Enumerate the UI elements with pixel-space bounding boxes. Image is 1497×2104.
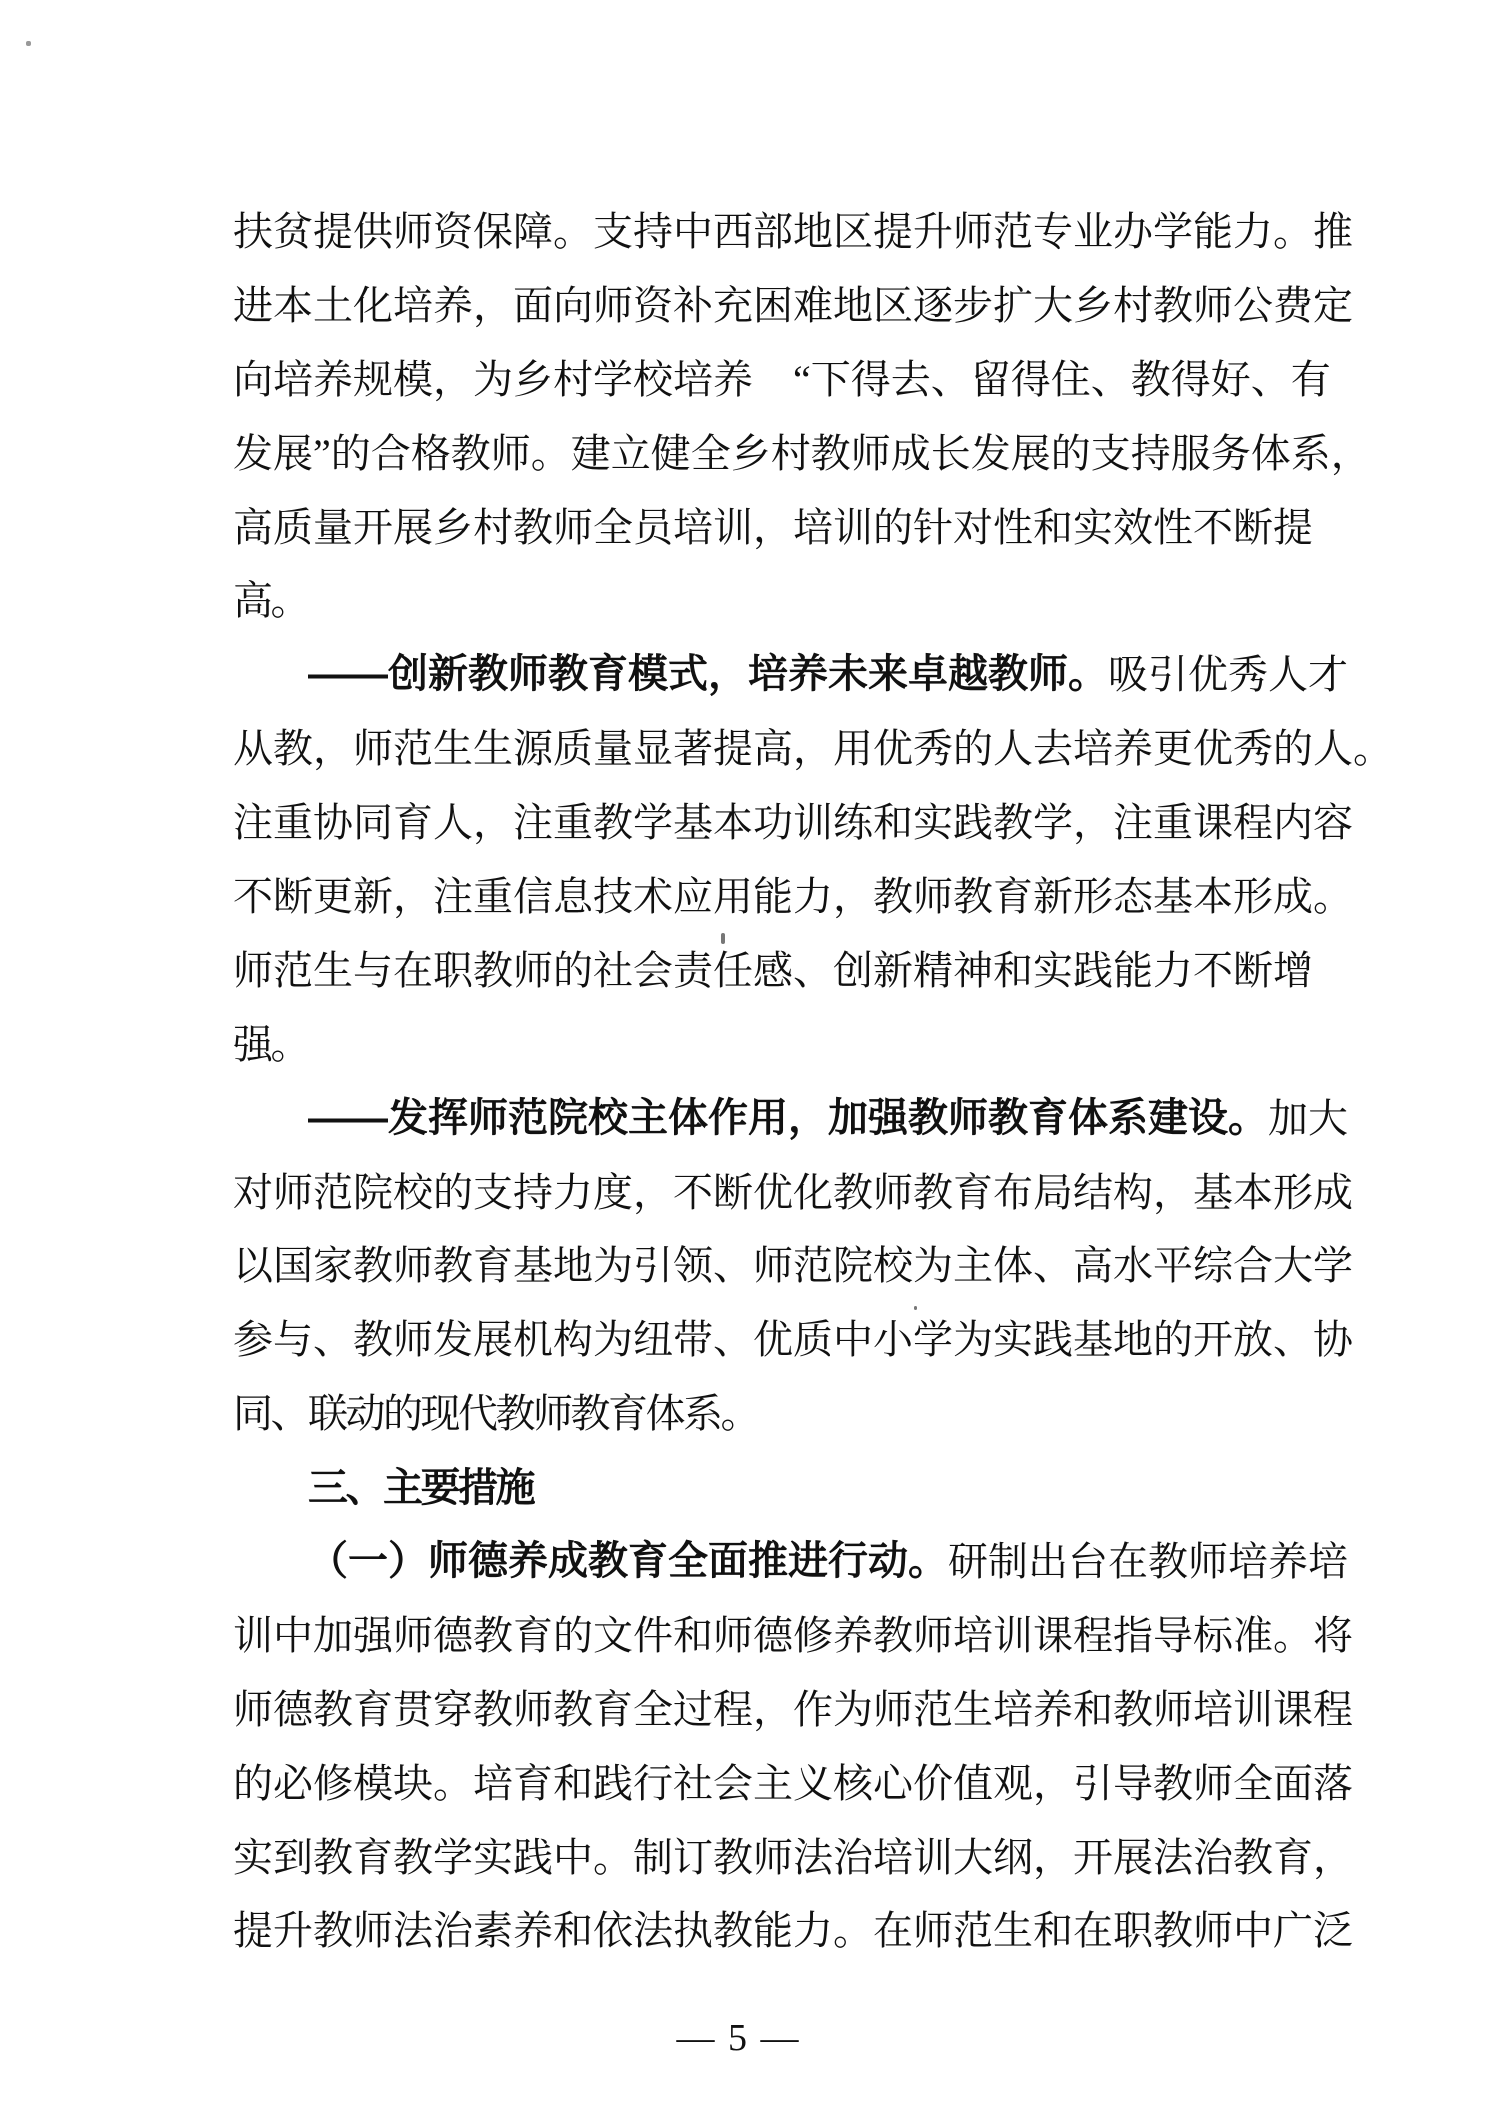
char: ， [313, 712, 353, 786]
char: 范 [913, 1673, 953, 1747]
char: 、 [1033, 1229, 1073, 1303]
char: 范 [953, 1894, 993, 1968]
char: 能 [1113, 934, 1153, 1008]
char: 术 [633, 860, 673, 934]
bold-char: 加 [828, 1082, 868, 1156]
char: 优 [1188, 638, 1228, 712]
char: 性 [993, 491, 1033, 565]
char: 平 [1153, 1229, 1193, 1303]
char: ， [793, 712, 833, 786]
char: ， [1313, 1821, 1353, 1895]
text-segment: 同、联动的现代教师教育体系。 [233, 1391, 758, 1436]
char: 持 [633, 195, 673, 269]
char: 程 [1313, 1673, 1353, 1747]
char: 培 [673, 343, 713, 417]
char: 优 [873, 712, 913, 786]
char: 师 [913, 1894, 953, 1968]
bold-char: 越 [948, 638, 988, 712]
char: 德 [753, 1599, 793, 1673]
char: 生 [473, 712, 513, 786]
char: 人 [1313, 712, 1353, 786]
char: 师 [1153, 1673, 1193, 1747]
char: 引 [633, 1229, 673, 1303]
char: 。 [833, 1894, 873, 1968]
char: 、 [1273, 1303, 1313, 1377]
char: 体 [1251, 417, 1291, 491]
char: 面 [1273, 1747, 1313, 1821]
bold-char: 面 [708, 1525, 748, 1599]
char: 长 [931, 417, 971, 491]
char: 资 [633, 269, 673, 343]
char: 。 [531, 417, 571, 491]
text-line: 提升教师法治素养和依法执教能力。在师范生和在职教师中广泛 [233, 1894, 1285, 1968]
char: 。 [1273, 195, 1313, 269]
char: 学 [1033, 786, 1073, 860]
char: 践 [1033, 1303, 1073, 1377]
text-line: 不断更新，注重信息技术应用能力，教师教育新形态基本形成。 [233, 860, 1285, 934]
char: 心 [873, 1747, 913, 1821]
char: 中 [673, 195, 713, 269]
document-page: 扶贫提供师资保障。支持中西部地区提升师范专业办学能力。推 进本土化培养，面向师资… [0, 0, 1497, 2104]
char: 必 [273, 1747, 313, 1821]
char: 实 [1033, 934, 1073, 1008]
char: 吸 [1108, 638, 1148, 712]
bold-char: 卓 [908, 638, 948, 712]
char: 核 [833, 1747, 873, 1821]
char: 信 [513, 860, 553, 934]
bold-char: 式 [668, 638, 708, 712]
char: 地 [1113, 1303, 1153, 1377]
char: 全 [1233, 1747, 1273, 1821]
char: 治 [833, 1821, 873, 1895]
char: 乡 [433, 491, 473, 565]
bold-char: 教 [468, 638, 508, 712]
char: 发 [433, 1303, 473, 1377]
char: 形 [1073, 860, 1113, 934]
char: 育 [353, 1673, 393, 1747]
char: 训 [913, 1821, 953, 1895]
char: 不 [673, 1156, 713, 1230]
char: 展 [273, 417, 313, 491]
char: 治 [1193, 1821, 1233, 1895]
char: 向 [233, 343, 273, 417]
char: 协 [313, 786, 353, 860]
char: 容 [1313, 786, 1353, 860]
char: 乡 [731, 417, 771, 491]
char: 主 [753, 1747, 793, 1821]
char: 师 [393, 195, 433, 269]
char: 的 [1153, 1303, 1193, 1377]
char: 订 [673, 1821, 713, 1895]
char: 师 [593, 269, 633, 343]
char: ， [1073, 786, 1113, 860]
char: 课 [1033, 1599, 1073, 1673]
char: 会 [713, 1747, 753, 1821]
char: 育 [513, 1599, 553, 1673]
char: 保 [473, 195, 513, 269]
char: 训 [1233, 1673, 1273, 1747]
char: 应 [673, 860, 713, 934]
char: 更 [313, 860, 353, 934]
char: 广 [1273, 1894, 1313, 1968]
char: 修 [313, 1747, 353, 1821]
char: 体 [993, 1229, 1033, 1303]
bold-char: ， [708, 638, 748, 712]
char: 开 [1193, 1303, 1233, 1377]
char: 培 [1073, 712, 1113, 786]
char: 教 [713, 1894, 753, 1968]
char: ， [473, 786, 513, 860]
char: 重 [473, 860, 513, 934]
char: 区 [873, 269, 913, 343]
char: 的 [553, 1599, 593, 1673]
char: 为 [913, 1229, 953, 1303]
char: 力 [553, 1156, 593, 1230]
char: 力 [1153, 934, 1193, 1008]
char: 显 [633, 712, 673, 786]
char: 能 [753, 860, 793, 934]
bold-char: 师 [428, 1525, 468, 1599]
char: 新 [873, 934, 913, 1008]
text-line: 师范生与在职教师的社会责任感、创新精神和实践能力不断增 [233, 934, 1285, 1008]
char: 大 [1033, 269, 1073, 343]
char: 成 [1273, 860, 1313, 934]
text-line: 注重协同育人，注重教学基本功训练和实践教学，注重课程内容 [233, 786, 1285, 860]
char: 用 [713, 860, 753, 934]
char: 补 [673, 269, 713, 343]
char: 源 [513, 712, 553, 786]
text-line: 从教，师范生生源质量显著提高，用优秀的人去培养更优秀的人。 [233, 712, 1285, 786]
char: 领 [673, 1229, 713, 1303]
char: ， [753, 491, 793, 565]
char: 断 [1233, 934, 1273, 1008]
char: 结 [1073, 1156, 1113, 1230]
char: 作 [793, 1673, 833, 1747]
char: 与 [353, 934, 393, 1008]
char: 师 [953, 195, 993, 269]
bold-char: 教 [988, 638, 1028, 712]
char: 养 [1268, 1525, 1308, 1599]
char: ， [753, 1673, 793, 1747]
char: 持 [513, 1156, 553, 1230]
bold-char: 全 [668, 1525, 708, 1599]
char: 公 [1233, 269, 1273, 343]
char: 针 [913, 491, 953, 565]
char: 范 [273, 934, 313, 1008]
char: 服 [1171, 417, 1211, 491]
bold-char: 养 [508, 1525, 548, 1599]
char: 升 [273, 1894, 313, 1968]
char: 培 [873, 1821, 913, 1895]
char: 范 [993, 195, 1033, 269]
char: 规 [353, 343, 393, 417]
char: ， [833, 860, 873, 934]
bold-char: 院 [548, 1082, 588, 1156]
char: 量 [313, 491, 353, 565]
char: 以 [233, 1229, 273, 1303]
char: 立 [611, 417, 651, 491]
char: 培 [793, 491, 833, 565]
char: 本 [1233, 1156, 1273, 1230]
char: 主 [953, 1229, 993, 1303]
char: 。 [1273, 1599, 1313, 1673]
char: 养 [433, 269, 473, 343]
char: 师 [851, 417, 891, 491]
char: 发 [971, 417, 1011, 491]
char: 为 [833, 1673, 873, 1747]
char: 支 [593, 195, 633, 269]
char: 持 [1131, 417, 1171, 491]
scan-artifact [26, 41, 31, 46]
char: 为 [953, 1303, 993, 1377]
char: 人 [993, 712, 1033, 786]
text-line: 对师范院校的支持力度，不断优化教师教育布局结构，基本形成 [233, 1156, 1285, 1230]
char: 职 [1113, 1894, 1153, 1968]
char: 带 [673, 1303, 713, 1377]
char: 业 [1073, 195, 1113, 269]
char: 秀 [913, 712, 953, 786]
char: 参 [233, 1303, 273, 1377]
char: 专 [1033, 195, 1073, 269]
char: 基 [1073, 1303, 1113, 1377]
bold-char: 模 [628, 638, 668, 712]
char: 障 [513, 195, 553, 269]
char: ， [1153, 1156, 1193, 1230]
char: 水 [1113, 1229, 1153, 1303]
char: 增 [1273, 934, 1313, 1008]
char: 形 [1273, 1156, 1313, 1230]
char: 教 [713, 1821, 753, 1895]
char: 更 [1153, 712, 1193, 786]
char: 在 [393, 934, 433, 1008]
char: 教 [833, 1156, 873, 1230]
char: 得 [1171, 343, 1211, 417]
char: 布 [993, 1156, 1033, 1230]
char: 下 [811, 343, 851, 417]
char: 在 [1108, 1525, 1148, 1599]
char: 为 [593, 1303, 633, 1377]
char: 全 [593, 491, 633, 565]
char: 大 [953, 1821, 993, 1895]
char: 和 [553, 1747, 593, 1821]
char: 和 [873, 786, 913, 860]
char [753, 343, 793, 417]
char: 和 [1073, 1673, 1113, 1747]
char: 质 [793, 1303, 833, 1377]
char: 力 [793, 860, 833, 934]
bold-char: 挥 [428, 1082, 468, 1156]
char: 秀 [1233, 712, 1273, 786]
char: 教 [313, 1673, 353, 1747]
char: 修 [793, 1599, 833, 1673]
char: 重 [553, 786, 593, 860]
bold-char: 师 [948, 1082, 988, 1156]
char: 块 [393, 1747, 433, 1821]
char: 将 [1313, 1599, 1353, 1673]
bold-char: 教 [588, 1525, 628, 1599]
char: 养 [1033, 1673, 1073, 1747]
char: 提 [713, 712, 753, 786]
char: 标 [1193, 1599, 1233, 1673]
char: 培 [1308, 1525, 1348, 1599]
char: 基 [1153, 860, 1193, 934]
char: 不 [233, 860, 273, 934]
char: 教 [473, 1599, 513, 1673]
char: 师 [713, 1599, 753, 1673]
char: 加 [1268, 1082, 1308, 1156]
char: 教 [1113, 1673, 1153, 1747]
char: 扶 [233, 195, 273, 269]
char: 效 [1113, 491, 1153, 565]
bold-char: 范 [508, 1082, 548, 1156]
char: 才 [1308, 638, 1348, 712]
char: ， [393, 860, 433, 934]
char: 台 [1068, 1525, 1108, 1599]
char: 法 [393, 1894, 433, 1968]
char: 步 [953, 269, 993, 343]
char: 开 [353, 491, 393, 565]
paragraph-lead-line: ——创新教师教育模式，培养未来卓越教师。吸引优秀人才 [233, 638, 1285, 712]
bold-char: 行 [828, 1525, 868, 1599]
char: 升 [913, 195, 953, 269]
char: 开 [1073, 1821, 1113, 1895]
char: 培 [393, 269, 433, 343]
char: 局 [1033, 1156, 1073, 1230]
char: 师 [273, 1156, 313, 1230]
bold-segment: 三、主要措施 [308, 1466, 533, 1510]
text-line: 参与、教师发展机构为纽带、优质中小学为实践基地的开放、协 [233, 1303, 1285, 1377]
char: 师 [1193, 269, 1233, 343]
char: 成 [891, 417, 931, 491]
char: 展 [393, 491, 433, 565]
char: 观 [993, 1747, 1033, 1821]
char: 放 [1233, 1303, 1273, 1377]
char: 息 [553, 860, 593, 934]
char: 发 [233, 417, 273, 491]
char: 践 [1073, 934, 1113, 1008]
char: 村 [1113, 269, 1153, 343]
char: 教 [553, 1673, 593, 1747]
char: 依 [593, 1894, 633, 1968]
bold-char: 师 [508, 638, 548, 712]
char: 提 [1273, 491, 1313, 565]
char: 合 [1233, 1229, 1273, 1303]
char: 。 [1353, 712, 1393, 786]
bold-char: 教 [988, 1082, 1028, 1156]
char: 学 [593, 343, 633, 417]
char: 培 [1228, 1525, 1268, 1599]
char: 的 [953, 712, 993, 786]
char: 与 [273, 1303, 313, 1377]
char: 断 [273, 860, 313, 934]
char: 教 [1131, 343, 1171, 417]
char: 训 [833, 491, 873, 565]
char: 师 [233, 934, 273, 1008]
body-text-block: 扶贫提供师资保障。支持中西部地区提升师范专业办学能力。推 进本土化培养，面向师资… [233, 195, 1285, 1968]
char: 的 [331, 417, 371, 491]
char: 教 [313, 1894, 353, 1968]
char: 部 [753, 195, 793, 269]
char: 件 [633, 1599, 673, 1673]
char: 教 [273, 712, 313, 786]
char: 提 [233, 1894, 273, 1968]
char: 养 [713, 343, 753, 417]
char: 创 [833, 934, 873, 1008]
char: 的 [553, 934, 593, 1008]
char: 。 [1313, 860, 1353, 934]
char: 全 [691, 417, 731, 491]
bold-char: 强 [868, 1082, 908, 1156]
char: 著 [673, 712, 713, 786]
char: 指 [1113, 1599, 1153, 1673]
char: 学 [433, 1821, 473, 1895]
char: 进 [233, 269, 273, 343]
char: 断 [713, 1156, 753, 1230]
char: 从 [233, 712, 273, 786]
char: 程 [1073, 1599, 1113, 1673]
text-line: 向培养规模，为乡村学校培养 “下得去、留得住、教得好、有 [233, 343, 1285, 417]
char: 质 [553, 712, 593, 786]
char: 感 [753, 934, 793, 1008]
char: 院 [833, 1229, 873, 1303]
char: 贫 [273, 195, 313, 269]
char: 教 [1153, 1894, 1193, 1968]
char: 为 [593, 1229, 633, 1303]
char: 练 [833, 786, 873, 860]
bold-char: （ [308, 1525, 348, 1599]
char: 、 [1091, 343, 1131, 417]
char: 好 [1211, 343, 1251, 417]
char: 的 [1273, 712, 1313, 786]
char: 课 [1273, 1673, 1313, 1747]
char: 教 [913, 1156, 953, 1230]
char: 实 [233, 1821, 273, 1895]
char: 院 [353, 1156, 393, 1230]
char: 法 [793, 1821, 833, 1895]
bold-char: 校 [588, 1082, 628, 1156]
char: 重 [1153, 786, 1193, 860]
char: 会 [633, 934, 673, 1008]
char: 形 [1233, 860, 1273, 934]
char: 构 [553, 1303, 593, 1377]
char: 土 [313, 269, 353, 343]
char: 训 [793, 786, 833, 860]
char: 引 [1073, 1747, 1113, 1821]
char: ” [313, 417, 331, 491]
char: 师 [393, 1599, 433, 1673]
bold-char: 来 [868, 638, 908, 712]
char: 培 [473, 1747, 513, 1821]
char: 师 [353, 712, 393, 786]
text-line: 高。 [233, 564, 1285, 638]
char: 生 [313, 934, 353, 1008]
char: 基 [1193, 1156, 1233, 1230]
char: 师 [353, 1894, 393, 1968]
char: 泛 [1313, 1894, 1353, 1968]
char: 系 [1291, 417, 1331, 491]
char: 大 [1273, 1229, 1313, 1303]
char: 教 [473, 1673, 513, 1747]
bold-char: 养 [788, 638, 828, 712]
char: 性 [1153, 491, 1193, 565]
char: 学 [1153, 195, 1193, 269]
char: 教 [353, 1303, 393, 1377]
char: 育 [393, 786, 433, 860]
char: 教 [1148, 1525, 1188, 1599]
char: 范 [393, 712, 433, 786]
char: 养 [833, 1599, 873, 1673]
char: 费 [1273, 269, 1313, 343]
